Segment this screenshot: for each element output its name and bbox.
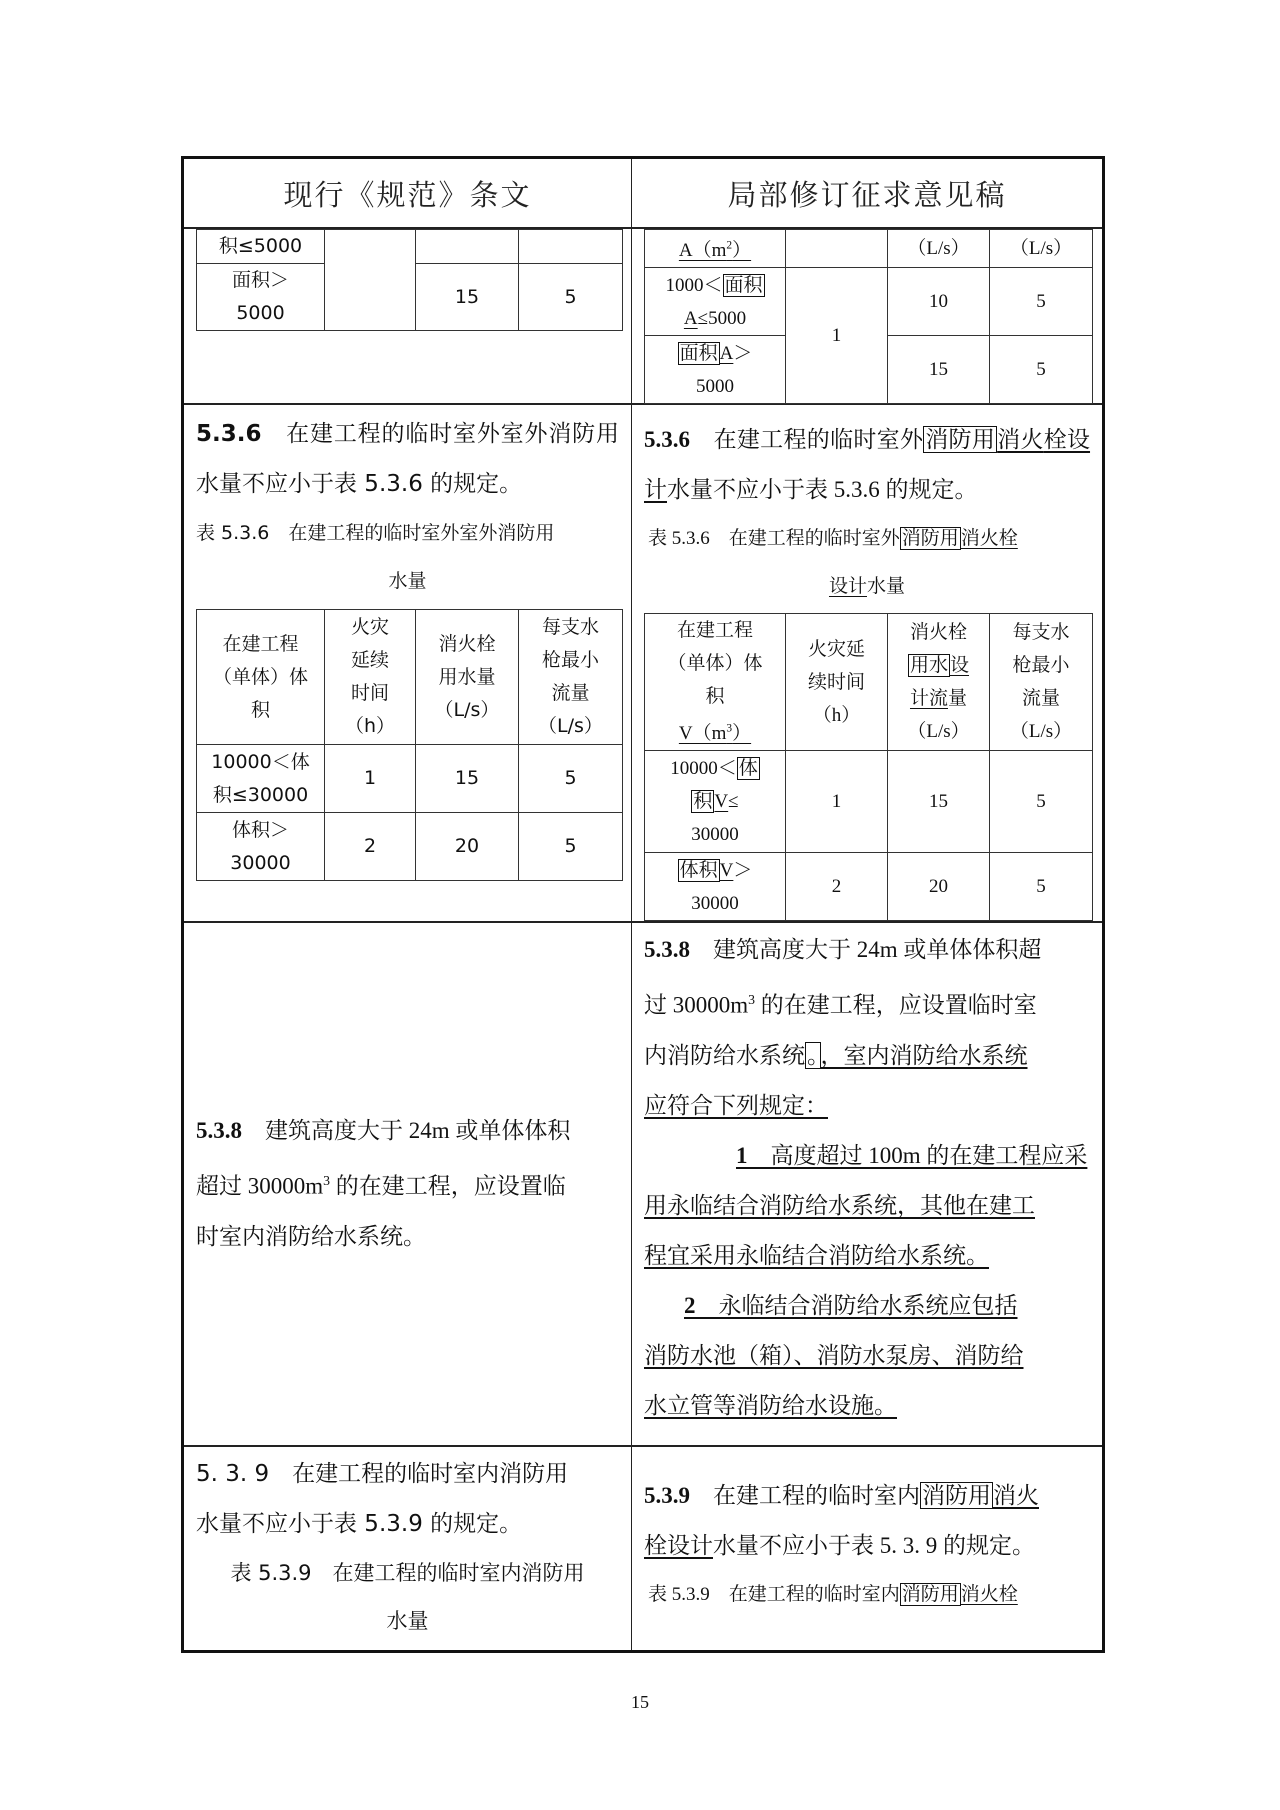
page-number: 15 <box>0 1692 1280 1713</box>
table-cell: 15 <box>416 745 519 813</box>
table-cell: （L/s） <box>888 230 990 268</box>
revised-clause-5-3-8: 5.3.8 建筑高度大于 24m 或单体体积超过 30000m3 的在建工程，应… <box>632 923 1102 1445</box>
table-cell: 15 <box>888 751 990 853</box>
table-cell: 积≤5000 <box>197 230 325 264</box>
table-header-cell: 每支水枪最小流量（L/s） <box>990 614 1093 751</box>
table-cell: 10000＜体积≤30000 <box>197 745 325 813</box>
current-clause-5-3-9: 5. 3. 9 在建工程的临时室内消防用水量不应小于表 5.3.9 的规定。 表… <box>184 1447 632 1650</box>
clause-text: 5. 3. 9 在建工程的临时室内消防用水量不应小于表 5.3.9 的规定。 <box>184 1449 631 1549</box>
table-cell: 面积＞5000 <box>197 264 325 331</box>
table-cell: 面积A＞5000 <box>645 336 786 404</box>
table-header-cell: 每支水枪最小流量（L/s） <box>519 610 623 745</box>
table-caption-line2: 水量 <box>184 557 631 605</box>
table-cell: 5 <box>990 751 1093 853</box>
table-cell: 10000＜体积V≤30000 <box>645 751 786 853</box>
revision-draft-cell: A（m2） （L/s） （L/s） 1000＜面积A≤5000 1 10 5 面… <box>632 229 1102 403</box>
table-caption: 表 5.3.6 在建工程的临时室外室外消防用 <box>184 509 631 557</box>
table-cell: 2 <box>786 853 888 921</box>
table-cell: 15 <box>416 264 519 331</box>
table-cell: 5 <box>519 813 623 881</box>
clause-text: 5.3.6 在建工程的临时室外消防用消火栓设计水量不应小于表 5.3.6 的规定… <box>632 415 1102 515</box>
current-table-continuation: 积≤5000 面积＞5000 15 5 <box>196 229 623 331</box>
table-cell: （L/s） <box>990 230 1093 268</box>
table-cell: 2 <box>325 813 416 881</box>
table-header-cell: 在建工程（单体）体积V（m3） <box>645 614 786 751</box>
table-caption-line2: 水量 <box>184 1597 631 1645</box>
table-header-cell: 火灾延续时间（h） <box>786 614 888 751</box>
list-item-1: 1 高度超过 100m 的在建工程应采用永临结合消防给水系统，其他在建工程宜采用… <box>632 1131 1102 1281</box>
table-5-3-6-revised: 在建工程（单体）体积V（m3） 火灾延续时间（h） 消火栓用水设计流量（L/s）… <box>644 613 1093 921</box>
table-cell: 10 <box>888 268 990 336</box>
current-clause-5-3-8: 5.3.8 建筑高度大于 24m 或单体体积超过 30000m3 的在建工程，应… <box>184 923 632 1445</box>
row-clause-5-3-9: 5. 3. 9 在建工程的临时室内消防用水量不应小于表 5.3.9 的规定。 表… <box>184 1445 1102 1650</box>
table-cell: 5 <box>990 268 1093 336</box>
right-column-title: 局部修订征求意见稿 <box>632 159 1102 227</box>
current-clause-5-3-6: 5.3.6 在建工程的临时室外室外消防用水量不应小于表 5.3.6 的规定。 表… <box>184 405 632 921</box>
table-cell <box>325 230 416 331</box>
table-caption-line2: 设计水量 <box>632 563 1102 611</box>
comparison-table: 现行《规范》条文 局部修订征求意见稿 积≤5000 面积＞5000 15 5 <box>181 156 1105 1653</box>
table-cell <box>786 230 888 268</box>
table-cell: A（m2） <box>645 230 786 268</box>
clause-text: 5.3.6 在建工程的临时室外室外消防用水量不应小于表 5.3.6 的规定。 <box>184 409 631 509</box>
table-cell: 1 <box>325 745 416 813</box>
table-cell: 20 <box>416 813 519 881</box>
table-caption: 表 5.3.9 在建工程的临时室内消防用 <box>184 1549 631 1597</box>
revised-clause-5-3-6: 5.3.6 在建工程的临时室外消防用消火栓设计水量不应小于表 5.3.6 的规定… <box>632 405 1102 921</box>
table-cell: 5 <box>519 745 623 813</box>
row-clause-5-3-6: 5.3.6 在建工程的临时室外室外消防用水量不应小于表 5.3.6 的规定。 表… <box>184 403 1102 921</box>
table-header-cell: 消火栓用水量（L/s） <box>416 610 519 745</box>
table-cell: 20 <box>888 853 990 921</box>
table-header-cell: 消火栓用水设计流量（L/s） <box>888 614 990 751</box>
row-clause-5-3-8: 5.3.8 建筑高度大于 24m 或单体体积超过 30000m3 的在建工程，应… <box>184 921 1102 1445</box>
clause-text: 5.3.8 建筑高度大于 24m 或单体体积超过 30000m3 的在建工程，应… <box>184 1106 582 1262</box>
table-cell: 15 <box>888 336 990 404</box>
table-cell <box>519 230 623 264</box>
table-header-cell: 火灾延续时间（h） <box>325 610 416 745</box>
table-cell <box>416 230 519 264</box>
table-caption: 表 5.3.6 在建工程的临时室外消防用消火栓 <box>632 515 1102 563</box>
table-cell: 5 <box>519 264 623 331</box>
current-code-cell: 积≤5000 面积＞5000 15 5 <box>184 229 632 403</box>
header-row: 现行《规范》条文 局部修订征求意见稿 <box>184 159 1102 227</box>
revised-table-continuation: A（m2） （L/s） （L/s） 1000＜面积A≤5000 1 10 5 面… <box>644 229 1093 404</box>
table-cell: 1 <box>786 268 888 404</box>
list-item-2: 2 永临结合消防给水系统应包括消防水池（箱）、消防水泵房、消防给水立管等消防给水… <box>632 1281 1102 1431</box>
clause-text: 5.3.9 在建工程的临时室内消防用消火栓设计水量不应小于表 5. 3. 9 的… <box>632 1471 1102 1571</box>
left-column-title: 现行《规范》条文 <box>184 159 632 227</box>
table-caption: 表 5.3.9 在建工程的临时室内消防用消火栓 <box>632 1571 1102 1619</box>
clause-text: 5.3.8 建筑高度大于 24m 或单体体积超过 30000m3 的在建工程，应… <box>632 925 1102 1131</box>
row-table-continuation: 积≤5000 面积＞5000 15 5 A（m2） （L/s） <box>184 227 1102 403</box>
table-cell: 1 <box>786 751 888 853</box>
table-cell: 体积V＞30000 <box>645 853 786 921</box>
table-cell: 1000＜面积A≤5000 <box>645 268 786 336</box>
table-5-3-6-current: 在建工程（单体）体积 火灾延续时间（h） 消火栓用水量（L/s） 每支水枪最小流… <box>196 609 623 881</box>
table-header-cell: 在建工程（单体）体积 <box>197 610 325 745</box>
revised-clause-5-3-9: 5.3.9 在建工程的临时室内消防用消火栓设计水量不应小于表 5. 3. 9 的… <box>632 1447 1102 1650</box>
table-cell: 体积＞30000 <box>197 813 325 881</box>
table-cell: 5 <box>990 336 1093 404</box>
table-cell: 5 <box>990 853 1093 921</box>
